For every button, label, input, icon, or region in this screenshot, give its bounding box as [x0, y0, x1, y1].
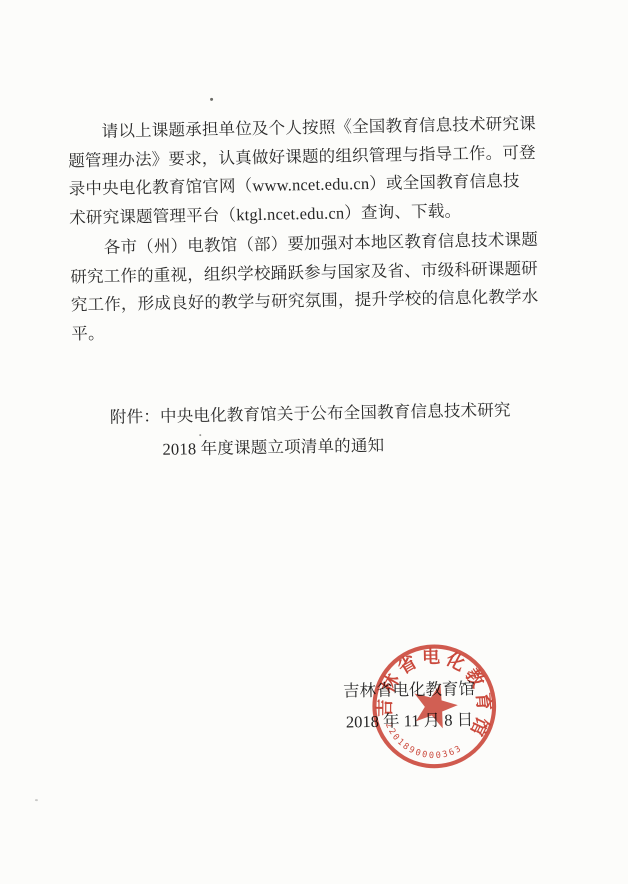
attachment-section: 附件：中央电化教育馆关于公布全国教育信息技术研究 2018 年度课题立项清单的通… — [110, 393, 512, 466]
scanned-document-page: 请以上课题承担单位及个人按照《全国教育信息技术研究课 题管理办法》要求，认真做好… — [0, 0, 628, 884]
official-seal: 吉林省电化教育馆 2201890000363 — [345, 632, 524, 780]
scan-speck — [210, 98, 213, 101]
scan-speck — [199, 434, 201, 436]
scan-speck — [35, 799, 38, 801]
scan-tilt-layer: 请以上课题承担单位及个人按照《全国教育信息技术研究课 题管理办法》要求，认真做好… — [0, 0, 628, 884]
attachment-title-line2: 2018 年度课题立项清单的通知 — [110, 426, 511, 466]
attachment-label: 附件： — [110, 407, 160, 427]
body-text: 请以上课题承担单位及个人按照《全国教育信息技术研究课 题管理办法》要求，认真做好… — [67, 109, 571, 348]
attachment-title-line1: 中央电化教育馆关于公布全国教育信息技术研究 — [160, 400, 511, 425]
paragraph-management: 请以上课题承担单位及个人按照《全国教育信息技术研究课 题管理办法》要求，认真做好… — [67, 109, 569, 232]
seal-star-icon — [408, 678, 462, 731]
paragraph-local-bureaus: 各市（州）电教馆（部）要加强对本地区教育信息技术课题 研究工作的重视，组织学校踊… — [70, 225, 572, 348]
